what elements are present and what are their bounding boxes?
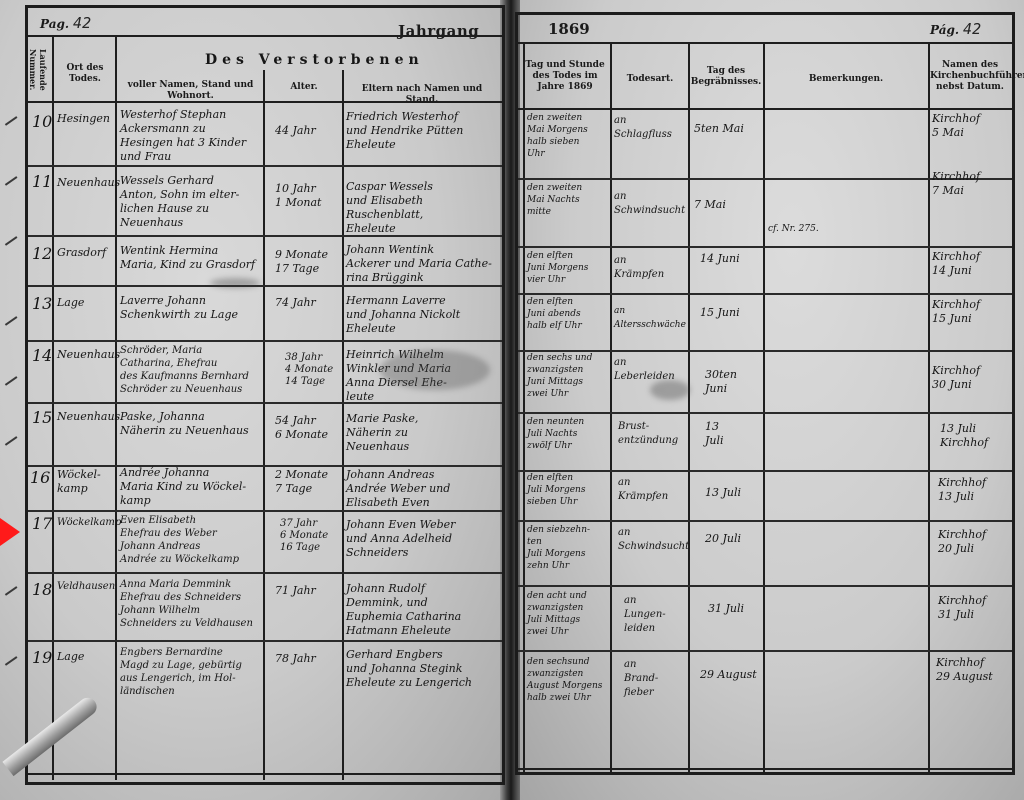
entry-name: Even Elisabeth Ehefrau des Weber Johann … [120,514,262,566]
entry-ort: Neuenhaus [57,348,115,362]
entry-number: 14 [32,346,52,365]
entry-name: Anna Maria Demmink Ehefrau des Schneider… [120,578,262,630]
entry-eltern: Johann Rudolf Demmink, und Euphemia Cath… [346,582,500,638]
entry-begraebnis: 14 Juni [700,252,762,266]
pag-label: Pag. [40,17,69,31]
entry-alter: 74 Jahr [275,296,341,310]
entry-eltern: Caspar Wessels und Elisabeth Ruschenblat… [346,180,500,236]
entry-ort: Neuenhaus [57,176,115,190]
entry-begraebnis: 30ten Juni [705,368,761,396]
entry-begraebnis: 15 Juni [700,306,762,320]
entry-kirchenbuch: Kirchhof 5 Mai [932,112,1012,140]
entry-kirchenbuch: 13 Juli Kirchhof [940,422,1012,450]
entry-number: 19 [32,648,52,667]
entry-ort: Lage [57,296,115,310]
entry-number: 13 [32,294,52,313]
header-kirchenbuchfuehrer: Namen des Kirchenbuchführers nebst Datum… [930,60,1010,93]
entry-ort: Wöckelkamp [57,516,115,530]
entry-eltern: Johann Wentink Ackerer und Maria Cathe- … [346,243,500,285]
entry-alter: 78 Jahr [275,652,341,666]
entry-tag-stunde: den sechs und zwanzigsten Juni Mittags z… [527,352,609,400]
entry-alter: 10 Jahr 1 Monat [275,182,341,210]
header-rule [518,42,1012,44]
entry-todesart: an Schlagfluss [614,114,688,142]
row-rule [28,572,502,574]
entry-alter: 38 Jahr 4 Monate 14 Tage [285,352,341,388]
entry-name: Paske, Johanna Näherin zu Neuenhaus [120,410,262,438]
row-rule [28,465,502,467]
row-rule [28,165,502,167]
row-rule [518,246,1012,248]
entry-kirchenbuch: Kirchhof 13 Juli [938,476,1012,504]
entry-begraebnis: 5ten Mai [694,122,762,136]
entry-ort: Neuenhaus [57,410,115,424]
entry-tag-stunde: den sechsund zwanzigsten August Morgens … [527,656,609,704]
row-rule [518,293,1012,295]
row-rule [518,585,1012,587]
entry-ort: Lage [57,650,115,664]
entry-begraebnis: 13 Juli [705,486,761,500]
ink-smudge [650,380,690,400]
row-rule [28,340,502,342]
row-rule [518,650,1012,652]
entry-tag-stunde: den elften Juni Morgens vier Uhr [527,250,609,286]
header-todesart: Todesart. [612,74,688,85]
header-begraebnis: Tag des Begräbnisses. [690,66,762,88]
entry-todesart: an Lungen- leiden [624,594,688,636]
entry-number: 15 [32,408,52,427]
entry-ort: Hesingen [57,112,115,126]
entry-tag-stunde: den elften Juni abends halb elf Uhr [527,296,609,332]
entry-number: 18 [32,580,52,599]
entry-name: Andrée Johanna Maria Kind zu Wöckel- kam… [120,466,262,508]
entry-tag-stunde: den siebzehn- ten Juli Morgens zehn Uhr [527,524,609,572]
header-eltern: Eltern nach Namen und Stand. [344,84,500,106]
entry-bemerkungen: cf. Nr. 275. [768,222,888,236]
entry-name: Wessels Gerhard Anton, Sohn im elter- li… [120,174,262,230]
entry-todesart: an Krämpfen [614,254,688,282]
row-rule [518,520,1012,522]
entry-alter: 44 Jahr [275,124,341,138]
row-rule [28,640,502,642]
entry-kirchenbuch: Kirchhof 14 Juni [932,250,1012,278]
bottom-rule [28,773,502,775]
column-rule [263,70,265,780]
entry-tag-stunde: den elften Juli Morgens sieben Uhr [527,472,609,508]
entry-kirchenbuch: Kirchhof 20 Juli [938,528,1012,556]
entry-todesart: an Schwindsucht [618,526,688,554]
entry-ort: Wöckel- kamp [57,468,115,496]
entry-alter: 9 Monate 17 Tage [275,248,341,276]
entry-begraebnis: 7 Mai [694,198,762,212]
entry-begraebnis: 29 August [700,668,762,682]
left-page-number: Pag.42 [40,14,91,32]
header-name-stand-wohnort: voller Namen, Stand und Wohnort. [118,80,263,102]
column-rule [763,42,765,772]
entry-begraebnis: 20 Juli [705,532,761,546]
entry-number: 11 [32,172,52,191]
entry-alter: 2 Monate 7 Tage [275,468,341,496]
pag-label: Pág. [930,23,959,37]
entry-todesart: an Brand- fieber [624,658,688,700]
entry-begraebnis: 13 Juli [705,420,761,448]
entry-eltern: Johann Andreas Andrée Weber und Elisabet… [346,468,500,510]
entry-tag-stunde: den neunten Juli Nachts zwölf Uhr [527,416,609,452]
red-arrow-marker [0,518,20,546]
column-rule [342,70,344,780]
header-bemerkungen: Bemerkungen. [765,74,927,85]
running-head-year: 1869 [548,20,590,38]
entry-todesart: Brust- entzündung [618,420,688,448]
entry-alter: 54 Jahr 6 Monate [275,414,341,442]
right-page-number: Pág.42 [930,20,981,38]
header-rule [28,35,502,37]
entry-begraebnis: 31 Juli [708,602,762,616]
column-rule [523,42,525,772]
entry-todesart: an Schwindsucht [614,190,688,218]
bottom-rule [518,768,1012,770]
row-rule [28,510,502,512]
entry-tag-stunde: den zweiten Mai Nachts mitte [527,182,609,218]
entry-eltern: Gerhard Engbers und Johanna Stegink Ehel… [346,648,500,690]
entry-alter: 71 Jahr [275,584,341,598]
ink-smudge [210,278,260,288]
running-head-jahrgang: Jahrgang [398,22,479,40]
column-rule [610,42,612,772]
entry-todesart: an Krämpfen [618,476,688,504]
entry-eltern: Marie Paske, Näherin zu Neuenhaus [346,412,500,454]
entry-name: Schröder, Maria Catharina, Ehefrau des K… [120,344,262,396]
header-tag-stunde-des-todes: Tag und Stunde des Todes im Jahre 1869 [522,60,608,93]
header-alter: Alter. [266,82,342,93]
entry-eltern: Hermann Laverre und Johanna Nickolt Ehel… [346,294,500,336]
row-rule [28,285,502,287]
column-rule [115,35,117,780]
row-rule [518,412,1012,414]
entry-number: 17 [32,514,52,533]
entry-ort: Grasdorf [57,246,115,260]
entry-eltern: Johann Even Weber und Anna Adelheid Schn… [346,518,500,560]
entry-name: Wentink Hermina Maria, Kind zu Grasdorf [120,244,262,272]
entry-kirchenbuch: Kirchhof 30 Juni [932,364,1012,392]
entry-alter: 37 Jahr 6 Monate 16 Tage [280,518,340,554]
entry-number: 10 [32,112,52,131]
entry-name: Westerhof Stephan Ackersmann zu Hesingen… [120,108,262,164]
column-rule [928,42,930,772]
entry-kirchenbuch: Kirchhof 15 Juni [932,298,1012,326]
column-rule [688,42,690,772]
group-header-des-verstorbenen: Des Verstorbenen [205,52,424,68]
entry-tag-stunde: den acht und zwanzigsten Juli Mittags zw… [527,590,609,638]
entry-name: Engbers Bernardine Magd zu Lage, gebürti… [120,646,262,698]
ink-smudge [380,350,490,390]
entry-tag-stunde: den zweiten Mai Morgens halb sieben Uhr [527,112,609,160]
entry-number: 12 [32,244,52,263]
entry-todesart: an Altersschwäche [614,304,688,332]
pag-number: 42 [73,14,91,32]
entry-kirchenbuch: Kirchhof 7 Mai [932,170,1012,198]
entry-ort: Veldhausen [57,580,115,594]
entry-number: 16 [30,468,50,487]
entry-eltern: Friedrich Westerhof und Hendrike Pütten … [346,110,500,152]
pag-number: 42 [963,20,981,38]
entry-name: Laverre Johann Schenkwirth zu Lage [120,294,262,322]
header-ort-des-todes: Ort des Todes. [56,63,114,85]
entry-kirchenbuch: Kirchhof 29 August [936,656,1012,684]
entry-kirchenbuch: Kirchhof 31 Juli [938,594,1012,622]
header-bottom-rule [518,108,1012,110]
header-laufende-nummer: Laufende Nummer. [28,40,48,100]
